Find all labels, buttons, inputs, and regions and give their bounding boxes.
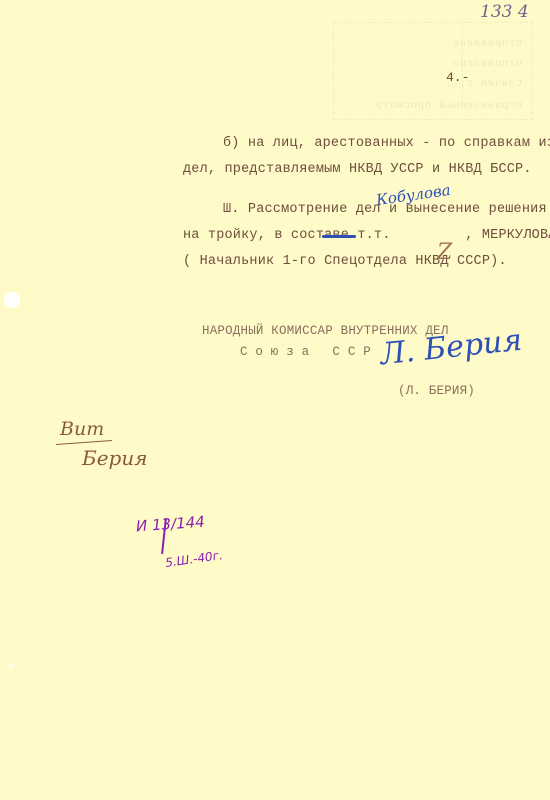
annotation-underline xyxy=(56,440,112,445)
registry-number: И 13/144 xyxy=(135,513,205,536)
paragraph-iii-line3: ( Начальник 1-го Спецотдела НКВД СССР). xyxy=(183,254,507,269)
archive-number: 133 4 xyxy=(480,2,529,22)
signature-name-typed: (Л. БЕРИЯ) xyxy=(398,384,475,398)
paragraph-iii-line2: на тройку, в составе т.т. , МЕРКУЛОВА и … xyxy=(183,228,550,243)
registry-date: 5.Ш.-40г. xyxy=(164,548,223,570)
annotation-left-line1: Вит xyxy=(60,418,104,440)
stamp-row: Сличил с ... xyxy=(344,79,522,93)
document-page: 133 4 Отправлено Отправлено Сличил с ...… xyxy=(0,0,550,800)
strikethrough-mark xyxy=(322,235,356,238)
page-number: 4.- xyxy=(446,70,469,85)
paragraph-b-line2: дел, представляемым НКВД УССР и НКВД БСС… xyxy=(183,162,532,177)
stamp-row: Отправлено xyxy=(344,39,522,53)
punch-hole-bottom xyxy=(8,663,14,669)
signature-title-line2: С о ю з а С С Р xyxy=(240,345,371,359)
annotation-left-line2: Берия xyxy=(82,446,147,470)
paragraph-b-line1: б) на лиц, арестованных - по справкам из xyxy=(223,136,550,151)
stamp-row: Отправлено xyxy=(344,59,522,73)
punch-hole-top xyxy=(4,292,20,308)
faded-stamp: Отправлено Отправлено Сличил с ... Огран… xyxy=(333,22,533,120)
margin-mark: Z xyxy=(437,240,452,265)
stamp-row: Ограниченный просмотр xyxy=(344,101,522,115)
